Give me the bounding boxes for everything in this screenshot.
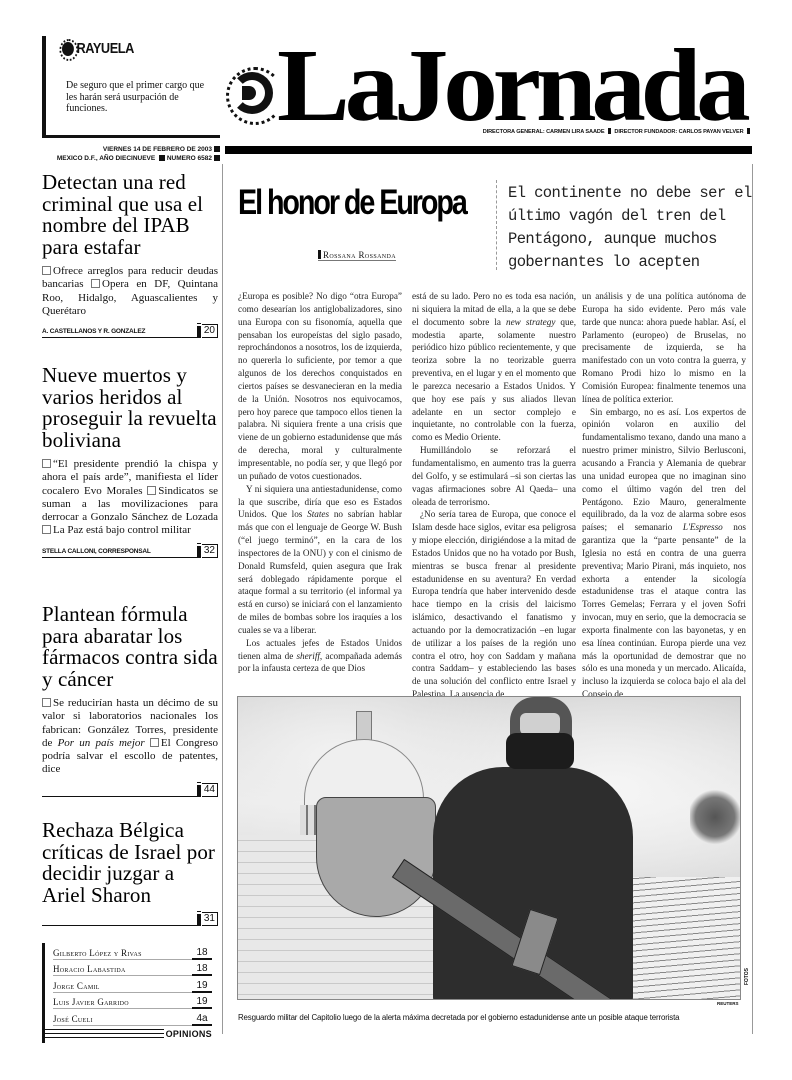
story-title[interactable]: Detectan una red criminal que usa el nom…	[42, 172, 218, 258]
square-bullet-icon	[159, 155, 165, 161]
page-number: 44	[202, 783, 218, 797]
soldier-scarf	[506, 733, 574, 769]
page-marker-icon	[197, 545, 201, 558]
paragraph: Los actuales jefes de Estados Unidos tie…	[238, 637, 402, 676]
opinion-page: 18	[192, 963, 212, 976]
director-founder: DIRECTOR FUNDADOR: CARLOS PAYAN VELVER	[614, 129, 743, 135]
paragraph: ¿No sería tarea de Europa, que conoce el…	[412, 508, 576, 701]
opinion-label: OPINIONS	[164, 1029, 212, 1039]
square-bullet-icon	[608, 128, 611, 134]
story-summary: Se reducirían hasta un décimo de su valo…	[42, 697, 218, 777]
box-bullet-icon	[42, 266, 51, 275]
byline: A. CASTELLANOS Y R. GONZALEZ	[42, 328, 145, 337]
opinion-item[interactable]: Gilberto López y Rivas 18	[53, 943, 212, 960]
opinion-author: Gilberto López y Rivas	[53, 948, 142, 959]
story-title[interactable]: Plantean fórmula para abaratar los fárma…	[42, 604, 218, 690]
page-reference[interactable]: 20	[197, 324, 218, 338]
story-summary: “El presidente prendió la chispa y ahora…	[42, 458, 218, 538]
article-column-2: está de su lado. Pero no es toda esa nac…	[412, 290, 576, 701]
page-reference[interactable]: 32	[197, 544, 218, 558]
directors-line: DIRECTORA GENERAL: CARMEN LIRA SAADE DIR…	[472, 128, 752, 135]
paragraph: está de su lado. Pero no es toda esa nac…	[412, 290, 576, 444]
opinion-footer: OPINIONS	[45, 1028, 212, 1040]
photo-caption: Resguardo militar del Capitolio luego de…	[238, 1013, 748, 1022]
rayuela-heading: RAYUELA	[62, 40, 134, 57]
capitol-photo[interactable]	[237, 696, 741, 1000]
page-reference[interactable]: 44	[197, 783, 218, 797]
opinion-author: José Cueli	[53, 1014, 93, 1025]
page-marker-icon	[197, 784, 201, 797]
story-footer: A. CASTELLANOS Y R. GONZALEZ 20	[42, 324, 218, 338]
opinion-item[interactable]: José Cueli 4a	[53, 1009, 212, 1026]
story-footer: STELLA CALLONI, CORRESPONSAL 32	[42, 544, 218, 558]
opinion-item[interactable]: Horacio Labastida 18	[53, 960, 212, 977]
date-text: VIERNES 14 DE FEBRERO DE 2003	[103, 146, 212, 153]
page-reference[interactable]: 31	[197, 912, 218, 926]
article-deck: El continente no debe ser el último vagó…	[508, 182, 753, 274]
deck-divider	[496, 180, 497, 270]
box-bullet-icon	[42, 698, 51, 707]
page-marker-icon	[197, 913, 201, 926]
photo-credit-agency: REUTERS	[717, 1001, 739, 1006]
tree	[690, 787, 740, 847]
byline: STELLA CALLONI, CORRESPONSAL	[42, 548, 151, 557]
stone-urn	[316, 797, 436, 917]
box-bullet-icon	[147, 486, 156, 495]
director-general: DIRECTORA GENERAL: CARMEN LIRA SAADE	[483, 129, 605, 135]
story-title[interactable]: Rechaza Bélgica críticas de Israel por d…	[42, 820, 218, 906]
paragraph: ¿Europa es posible? No digo “otra Europa…	[238, 290, 402, 483]
capitol-cupola	[356, 711, 372, 741]
opinion-author: Horacio Labastida	[53, 964, 126, 975]
page-number: 20	[202, 324, 218, 338]
story-title[interactable]: Nueve muertos y varios heridos al proseg…	[42, 365, 218, 451]
box-bullet-icon	[42, 525, 51, 534]
sun-logo-icon	[62, 42, 74, 56]
paragraph: Humillándolo se reforzará el fundamental…	[412, 444, 576, 508]
paragraph: un análisis y de una política autónoma d…	[582, 290, 746, 406]
opinion-page: 19	[192, 980, 212, 993]
opinion-item[interactable]: Jorge Camil 19	[53, 976, 212, 993]
decorative-rules	[45, 1029, 164, 1038]
author-byline: Rossana Rossanda	[318, 250, 396, 261]
masthead-logo[interactable]: LaJornada	[225, 36, 725, 136]
story-farmacos[interactable]: Plantean fórmula para abaratar los fárma…	[42, 604, 218, 797]
edition-place: MEXICO D.F., AÑO DIECINUEVE	[57, 155, 155, 162]
box-bullet-icon	[91, 279, 100, 288]
page-marker-icon	[197, 325, 201, 338]
square-bullet-icon	[747, 128, 750, 134]
opinion-page: 18	[192, 947, 212, 960]
dateline: VIERNES 14 DE FEBRERO DE 2003 MEXICO D.F…	[42, 146, 220, 163]
rayuela-text: De seguro que el primer cargo que les ha…	[66, 80, 216, 115]
box-bullet-icon	[150, 738, 159, 747]
masthead-rule	[225, 146, 752, 154]
square-bullet-icon	[214, 155, 220, 161]
rayuela-box: RAYUELA De seguro que el primer cargo qu…	[42, 36, 220, 138]
paragraph: Sin embargo, no es así. Los expertos de …	[582, 406, 746, 701]
page-number: 31	[202, 912, 218, 926]
rayuela-title: RAYUELA	[76, 40, 133, 57]
logo-text: LaJornada	[277, 36, 746, 136]
soldier-face	[520, 713, 560, 735]
opinion-page: 19	[192, 996, 212, 1009]
page-number: 32	[202, 544, 218, 558]
opinion-page: 4a	[192, 1013, 212, 1026]
paragraph: Y ni siquiera una antiestadunidense, com…	[238, 483, 402, 637]
story-footer: 44	[42, 783, 218, 797]
story-ipab[interactable]: Detectan una red criminal que usa el nom…	[42, 172, 218, 338]
photo-credit-side: FOTOS	[744, 968, 750, 985]
story-footer: 31	[42, 912, 218, 926]
issue-number: NUMERO 6582	[167, 155, 212, 162]
story-summary: Ofrece arreglos para reducir deudas banc…	[42, 265, 218, 318]
opinion-index: Gilberto López y Rivas 18 Horacio Labast…	[42, 943, 212, 1043]
box-bullet-icon	[42, 459, 51, 468]
story-belgica[interactable]: Rechaza Bélgica críticas de Israel por d…	[42, 820, 218, 926]
opinion-author: Jorge Camil	[53, 981, 100, 992]
article-column-3: un análisis y de una política autónoma d…	[582, 290, 746, 701]
square-bullet-icon	[214, 146, 220, 152]
square-bullet-icon	[318, 250, 321, 259]
article-column-1: ¿Europa es posible? No digo “otra Europa…	[238, 290, 402, 675]
main-headline[interactable]: El honor de Europa	[238, 183, 443, 223]
sun-logo-icon	[231, 72, 273, 114]
opinion-item[interactable]: Luis Javier Garrido 19	[53, 993, 212, 1010]
opinion-author: Luis Javier Garrido	[53, 997, 129, 1008]
story-bolivia[interactable]: Nueve muertos y varios heridos al proseg…	[42, 365, 218, 558]
